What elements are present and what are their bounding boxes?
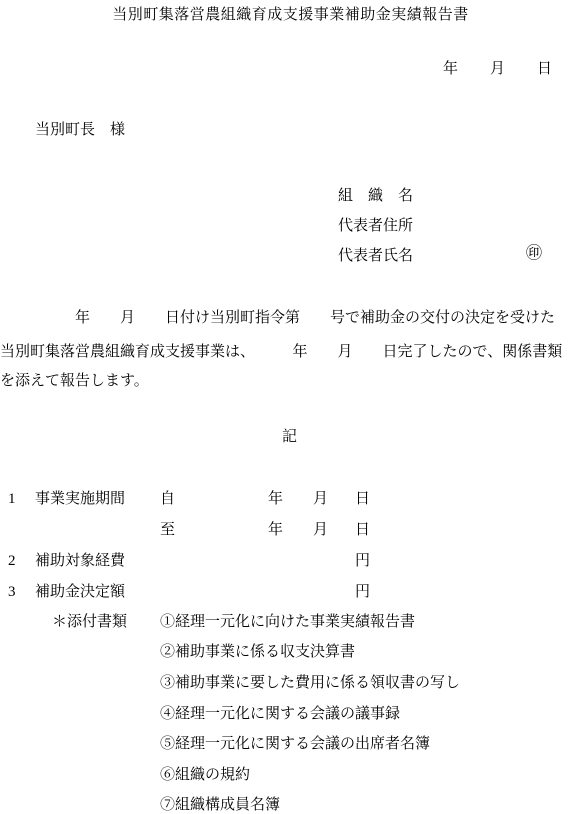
attachment-item-5: ⑤経理一元化に関する会議の出席者名簿 [160, 735, 430, 753]
date-day-label: 日 [537, 60, 552, 78]
attachment-row: ⑤経理一元化に関する会議の出席者名簿 [0, 735, 581, 754]
attachment-item-2: ②補助事業に係る収支決算書 [160, 643, 355, 661]
body-line-2: 当別町集落営農組織育成支援事業は、 年 月 日完了したので、関係書類 [0, 343, 581, 361]
list-row-subsidy-target-expense: 2 補助対象経費 円 [0, 552, 581, 571]
rep-name-label: 代表者氏名 [338, 247, 413, 265]
list-row-subsidy-decided-amount: 3 補助金決定額 円 [0, 583, 581, 602]
yen-unit-label: 円 [355, 552, 370, 570]
attachment-row: ③補助事業に要した費用に係る領収書の写し [0, 674, 581, 693]
attachments-label: ＊添付書類 [52, 613, 127, 631]
item-label: 補助対象経費 [35, 552, 125, 570]
from-label: 自 [160, 490, 175, 508]
month-label: 月 [313, 490, 328, 508]
year-label: 年 [268, 521, 283, 539]
attachment-item-7: ⑦組織構成員名簿 [160, 796, 280, 814]
rep-address-label: 代表者住所 [338, 217, 413, 235]
item-label: 事業実施期間 [35, 490, 125, 508]
document-title: 当別町集落営農組織育成支援事業補助金実績報告書 [0, 6, 581, 24]
item-number: 3 [8, 583, 16, 601]
list-row-project-period-to: 至 年 月 日 [0, 521, 581, 540]
item-number: 1 [8, 490, 16, 508]
seal-stamp-icon: ㊞ [526, 245, 542, 263]
document-page: 当別町集落営農組織育成支援事業補助金実績報告書 年 月 日 当別町長 様 組 織… [0, 0, 581, 814]
item-number: 2 [8, 552, 16, 570]
attachment-item-6: ⑥組織の規約 [160, 766, 250, 784]
attachment-item-4: ④経理一元化に関する会議の議事録 [160, 705, 400, 723]
date-month-label: 月 [490, 60, 505, 78]
month-label: 月 [313, 521, 328, 539]
body-line-1: 年 月 日付け当別町指令第 号で補助金の交付の決定を受けた [0, 309, 581, 327]
addressee: 当別町長 様 [35, 121, 125, 139]
list-row-project-period-from: 1 事業実施期間 自 年 月 日 [0, 490, 581, 509]
section-marker-ki: 記 [0, 428, 581, 446]
attachment-row: ⑦組織構成員名簿 [0, 796, 581, 814]
day-label: 日 [355, 521, 370, 539]
body-line-3: を添えて報告します。 [0, 372, 581, 390]
attachment-item-3: ③補助事業に要した費用に係る領収書の写し [160, 674, 460, 692]
day-label: 日 [355, 490, 370, 508]
item-label: 補助金決定額 [35, 583, 125, 601]
org-name-label: 組 織 名 [338, 187, 413, 205]
attachment-row: ④経理一元化に関する会議の議事録 [0, 705, 581, 724]
attachment-item-1: ①経理一元化に向けた事業実績報告書 [160, 613, 415, 631]
to-label: 至 [160, 521, 175, 539]
yen-unit-label: 円 [355, 583, 370, 601]
date-year-label: 年 [443, 60, 458, 78]
year-label: 年 [268, 490, 283, 508]
attachment-row: ②補助事業に係る収支決算書 [0, 643, 581, 662]
attachments-header-row: ＊添付書類 ①経理一元化に向けた事業実績報告書 [0, 613, 581, 632]
attachment-row: ⑥組織の規約 [0, 766, 581, 785]
